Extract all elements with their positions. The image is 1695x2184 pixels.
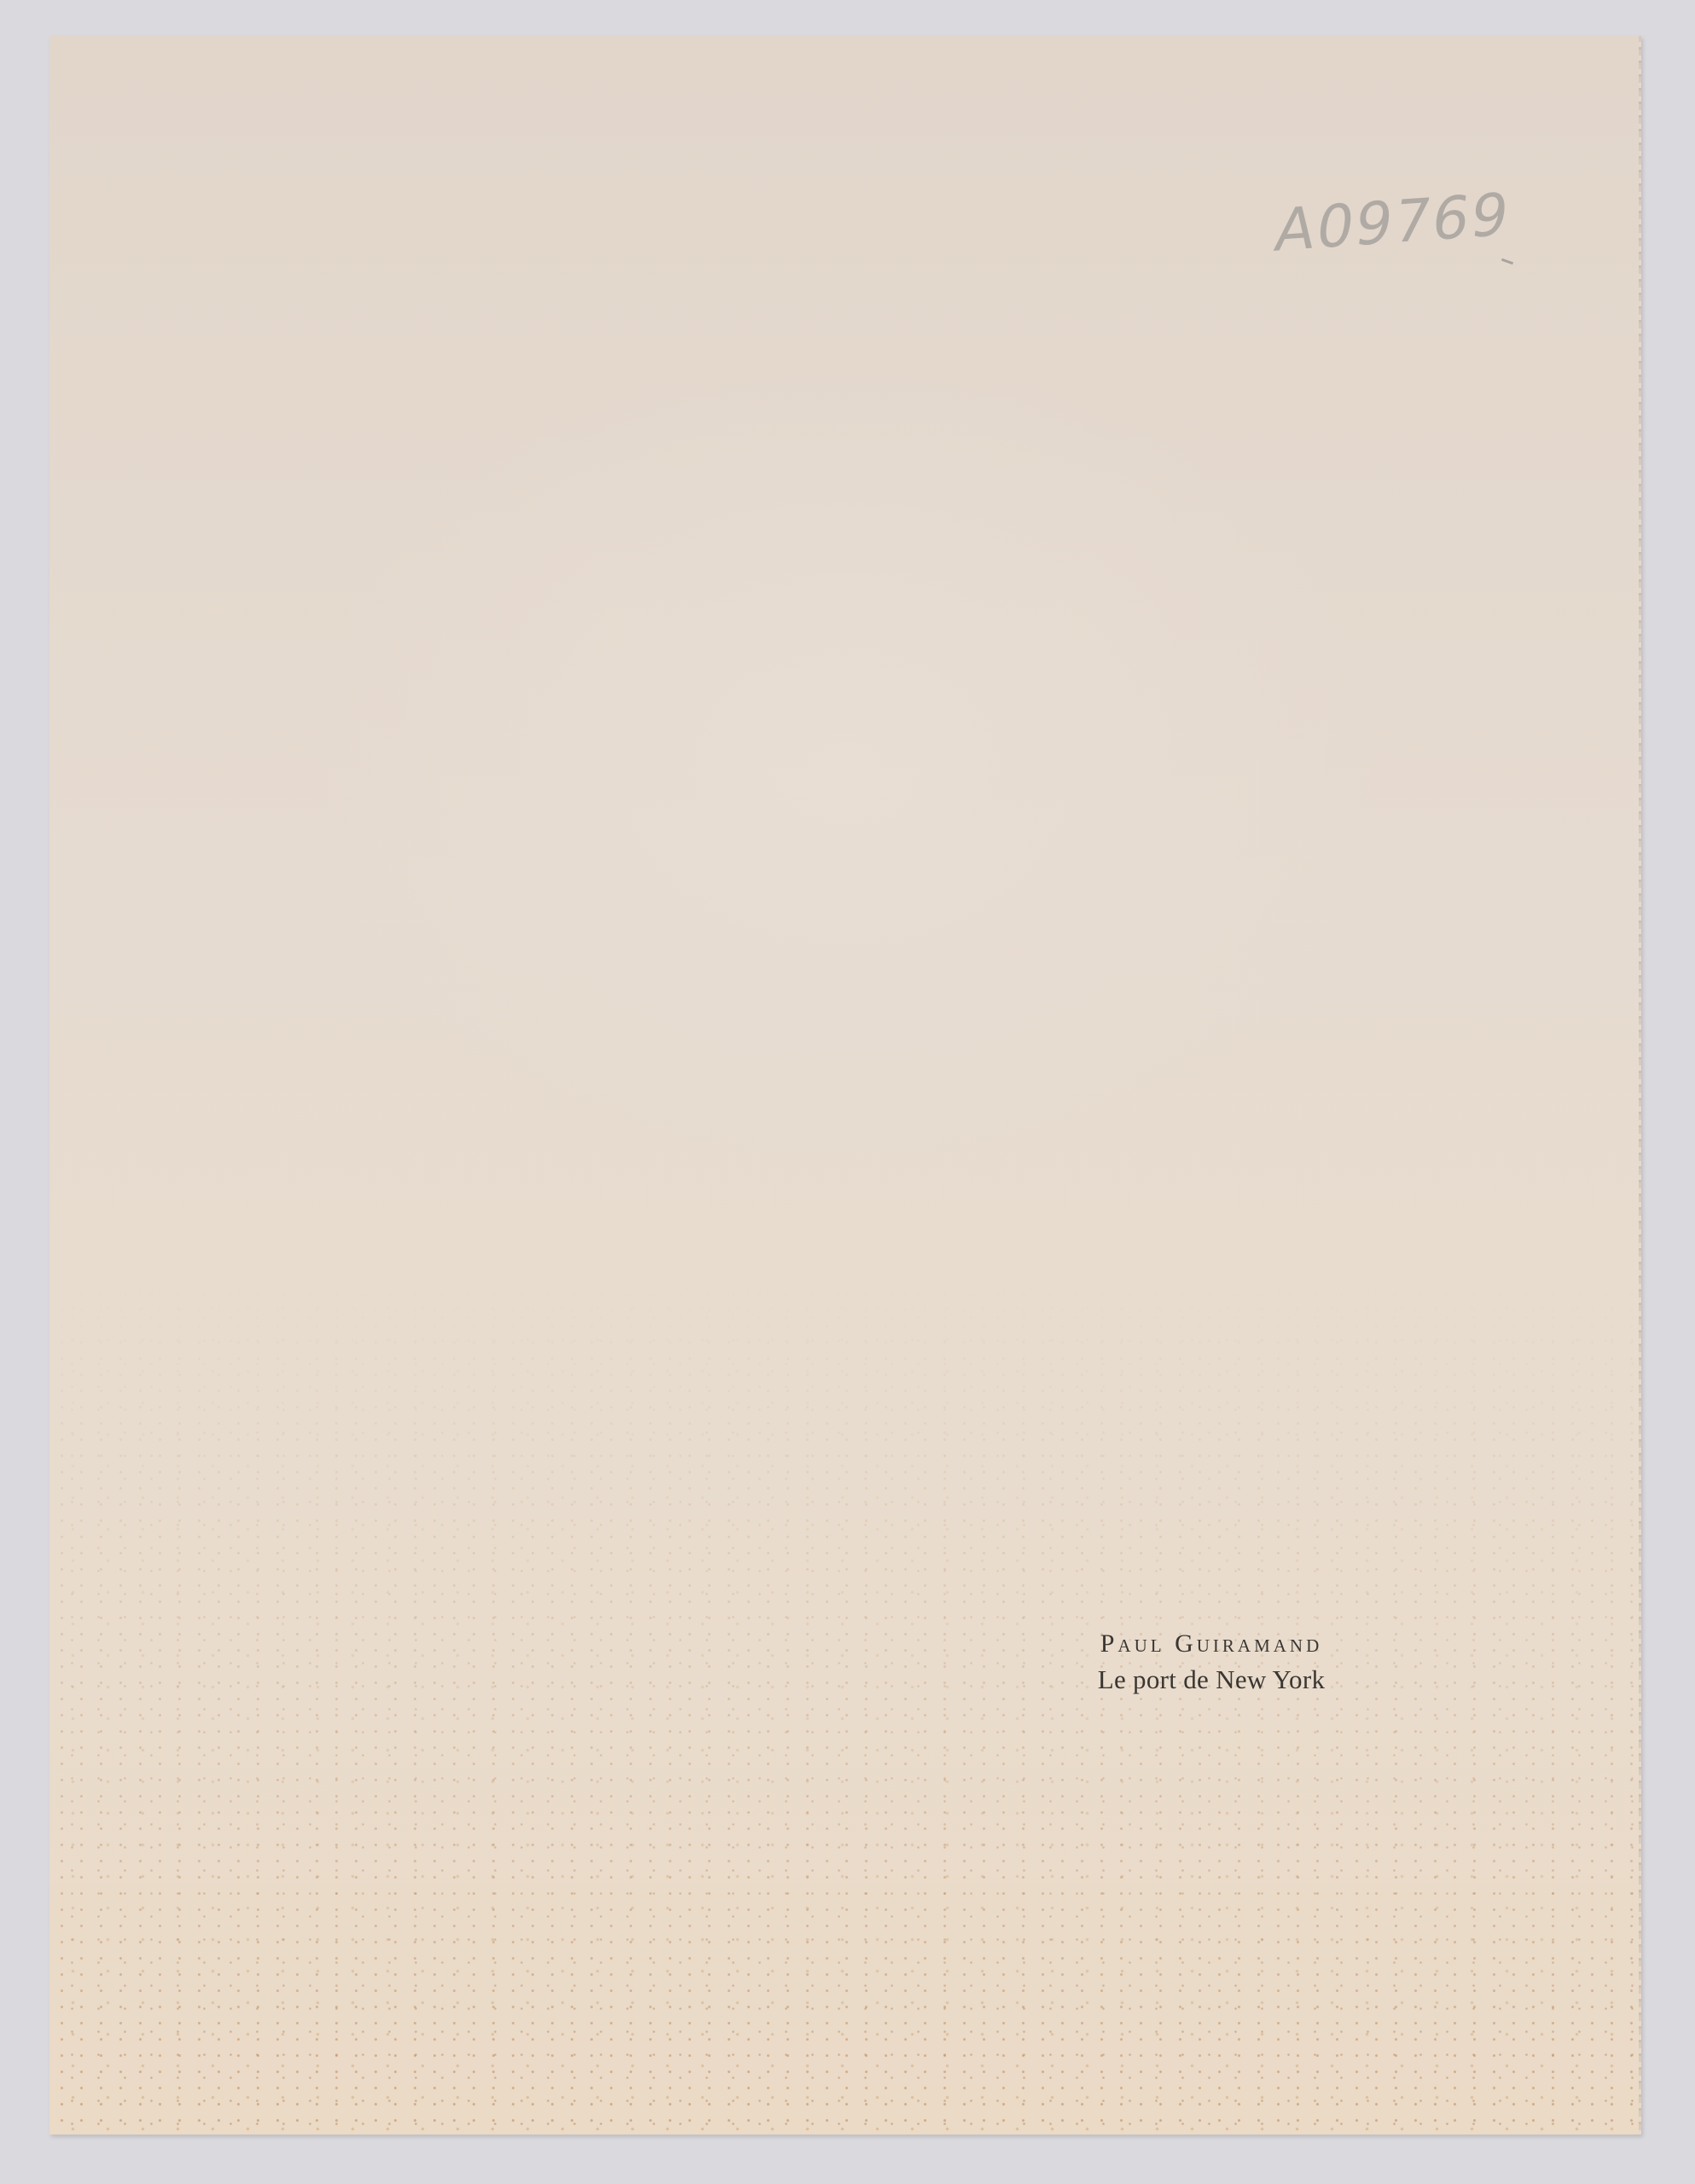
artist-name: Paul Guiramand <box>1007 1625 1416 1663</box>
foxing-speckles <box>49 1281 1641 2135</box>
artwork-title: Le port de New York <box>1007 1663 1416 1697</box>
paper-sheet <box>49 36 1641 2135</box>
deckled-edge <box>1639 36 1641 2135</box>
caption-block: Paul Guiramand Le port de New York <box>1007 1625 1416 1697</box>
